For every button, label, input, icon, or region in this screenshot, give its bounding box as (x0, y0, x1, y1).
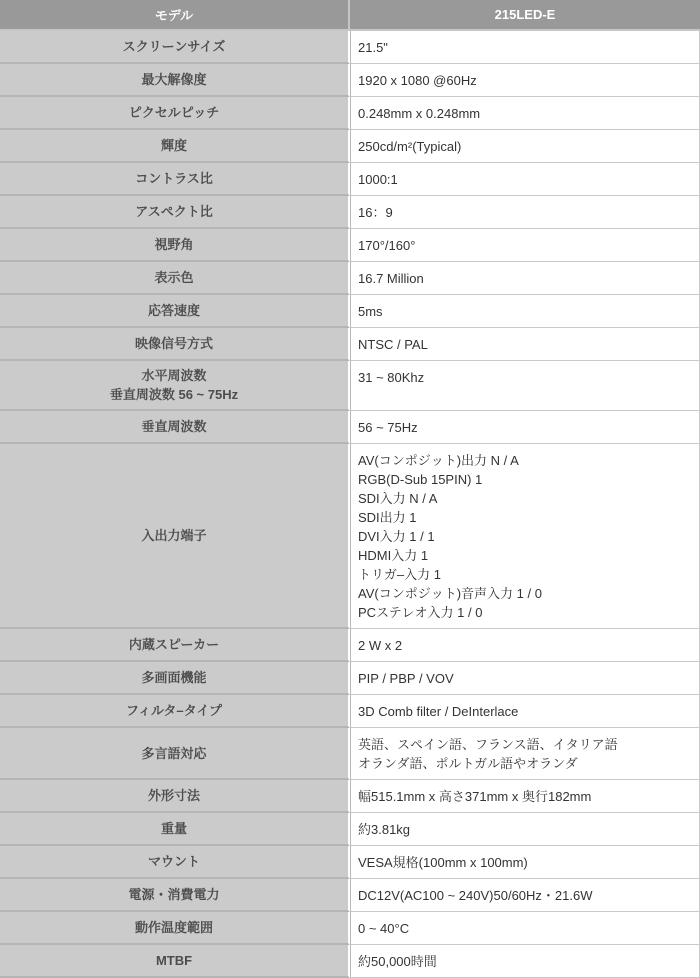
row-label: 視野角 (0, 229, 350, 262)
row-value: 1920 x 1080 @60Hz (350, 64, 700, 97)
row-value: DC12V(AC100 ~ 240V)50/60Hz・21.6W (350, 879, 700, 912)
table-row: 垂直周波数56 ~ 75Hz (0, 411, 700, 444)
table-row: 視野角170°/160° (0, 229, 700, 262)
row-label: 輝度 (0, 130, 350, 163)
header-row: モデル 215LED-E (0, 0, 700, 31)
row-label: 動作温度範囲 (0, 912, 350, 945)
row-value: 約50,000時間 (350, 945, 700, 978)
row-value: 21.5" (350, 31, 700, 64)
row-value: AV(コンポジット)出力 N / A RGB(D-Sub 15PIN) 1 SD… (350, 444, 700, 629)
row-value: 0 ~ 40°C (350, 912, 700, 945)
table-row: 水平周波数 垂直周波数 56 ~ 75Hz31 ~ 80Khz (0, 361, 700, 411)
row-value: 0.248mm x 0.248mm (350, 97, 700, 130)
row-label: 多言語対応 (0, 728, 350, 780)
row-label: 多画面機能 (0, 662, 350, 695)
table-row: 外形寸法幅515.1mm x 高さ371mm x 奥行182mm (0, 780, 700, 813)
table-row: 最大解像度1920 x 1080 @60Hz (0, 64, 700, 97)
spec-table: モデル 215LED-E スクリーンサイズ21.5"最大解像度1920 x 10… (0, 0, 700, 978)
table-row: スクリーンサイズ21.5" (0, 31, 700, 64)
table-row: フィルタ–タイプ3D Comb filter / DeInterlace (0, 695, 700, 728)
table-row: MTBF約50,000時間 (0, 945, 700, 978)
row-label: 垂直周波数 (0, 411, 350, 444)
row-label: 電源・消費電力 (0, 879, 350, 912)
table-row: 多画面機能PIP / PBP / VOV (0, 662, 700, 695)
row-label: 応答速度 (0, 295, 350, 328)
row-label: 内蔵スピーカー (0, 629, 350, 662)
row-value: 56 ~ 75Hz (350, 411, 700, 444)
table-row: 入出力端子AV(コンポジット)出力 N / A RGB(D-Sub 15PIN)… (0, 444, 700, 629)
row-value: 170°/160° (350, 229, 700, 262)
row-label: 最大解像度 (0, 64, 350, 97)
header-product-name-cell: 215LED-E (350, 0, 700, 31)
row-value: 2 W x 2 (350, 629, 700, 662)
row-label: 外形寸法 (0, 780, 350, 813)
table-row: コントラス比1000:1 (0, 163, 700, 196)
table-row: 多言語対応英語、スペイン語、フランス語、イタリア語 オランダ語、ポルトガル語やオ… (0, 728, 700, 780)
table-row: 輝度250cd/m²(Typical) (0, 130, 700, 163)
row-label: 表示色 (0, 262, 350, 295)
row-label: スクリーンサイズ (0, 31, 350, 64)
row-label: マウント (0, 846, 350, 879)
table-row: マウントVESA規格(100mm x 100mm) (0, 846, 700, 879)
row-value: 英語、スペイン語、フランス語、イタリア語 オランダ語、ポルトガル語やオランダ (350, 728, 700, 780)
row-label: 水平周波数 垂直周波数 56 ~ 75Hz (0, 361, 350, 411)
row-label: フィルタ–タイプ (0, 695, 350, 728)
row-value: 16.7 Million (350, 262, 700, 295)
row-label: 映像信号方式 (0, 328, 350, 361)
table-row: ピクセルピッチ0.248mm x 0.248mm (0, 97, 700, 130)
row-value: 約3.81kg (350, 813, 700, 846)
row-value: NTSC / PAL (350, 328, 700, 361)
row-value: 幅515.1mm x 高さ371mm x 奥行182mm (350, 780, 700, 813)
row-value: 16：9 (350, 196, 700, 229)
table-row: 重量約3.81kg (0, 813, 700, 846)
table-row: 内蔵スピーカー2 W x 2 (0, 629, 700, 662)
row-label: MTBF (0, 945, 350, 978)
row-label: アスペクト比 (0, 196, 350, 229)
row-label: 重量 (0, 813, 350, 846)
row-value: VESA規格(100mm x 100mm) (350, 846, 700, 879)
table-row: 動作温度範囲0 ~ 40°C (0, 912, 700, 945)
row-label: ピクセルピッチ (0, 97, 350, 130)
header-model-cell: モデル (0, 0, 350, 31)
table-row: 応答速度5ms (0, 295, 700, 328)
row-value: 3D Comb filter / DeInterlace (350, 695, 700, 728)
row-label: コントラス比 (0, 163, 350, 196)
table-row: 映像信号方式NTSC / PAL (0, 328, 700, 361)
row-value: 5ms (350, 295, 700, 328)
table-row: 表示色16.7 Million (0, 262, 700, 295)
spec-table-body: スクリーンサイズ21.5"最大解像度1920 x 1080 @60Hzピクセルピ… (0, 31, 700, 978)
table-row: アスペクト比16：9 (0, 196, 700, 229)
row-value: 1000:1 (350, 163, 700, 196)
row-value: PIP / PBP / VOV (350, 662, 700, 695)
table-row: 電源・消費電力DC12V(AC100 ~ 240V)50/60Hz・21.6W (0, 879, 700, 912)
row-value: 31 ~ 80Khz (350, 361, 700, 411)
row-label: 入出力端子 (0, 444, 350, 629)
row-value: 250cd/m²(Typical) (350, 130, 700, 163)
